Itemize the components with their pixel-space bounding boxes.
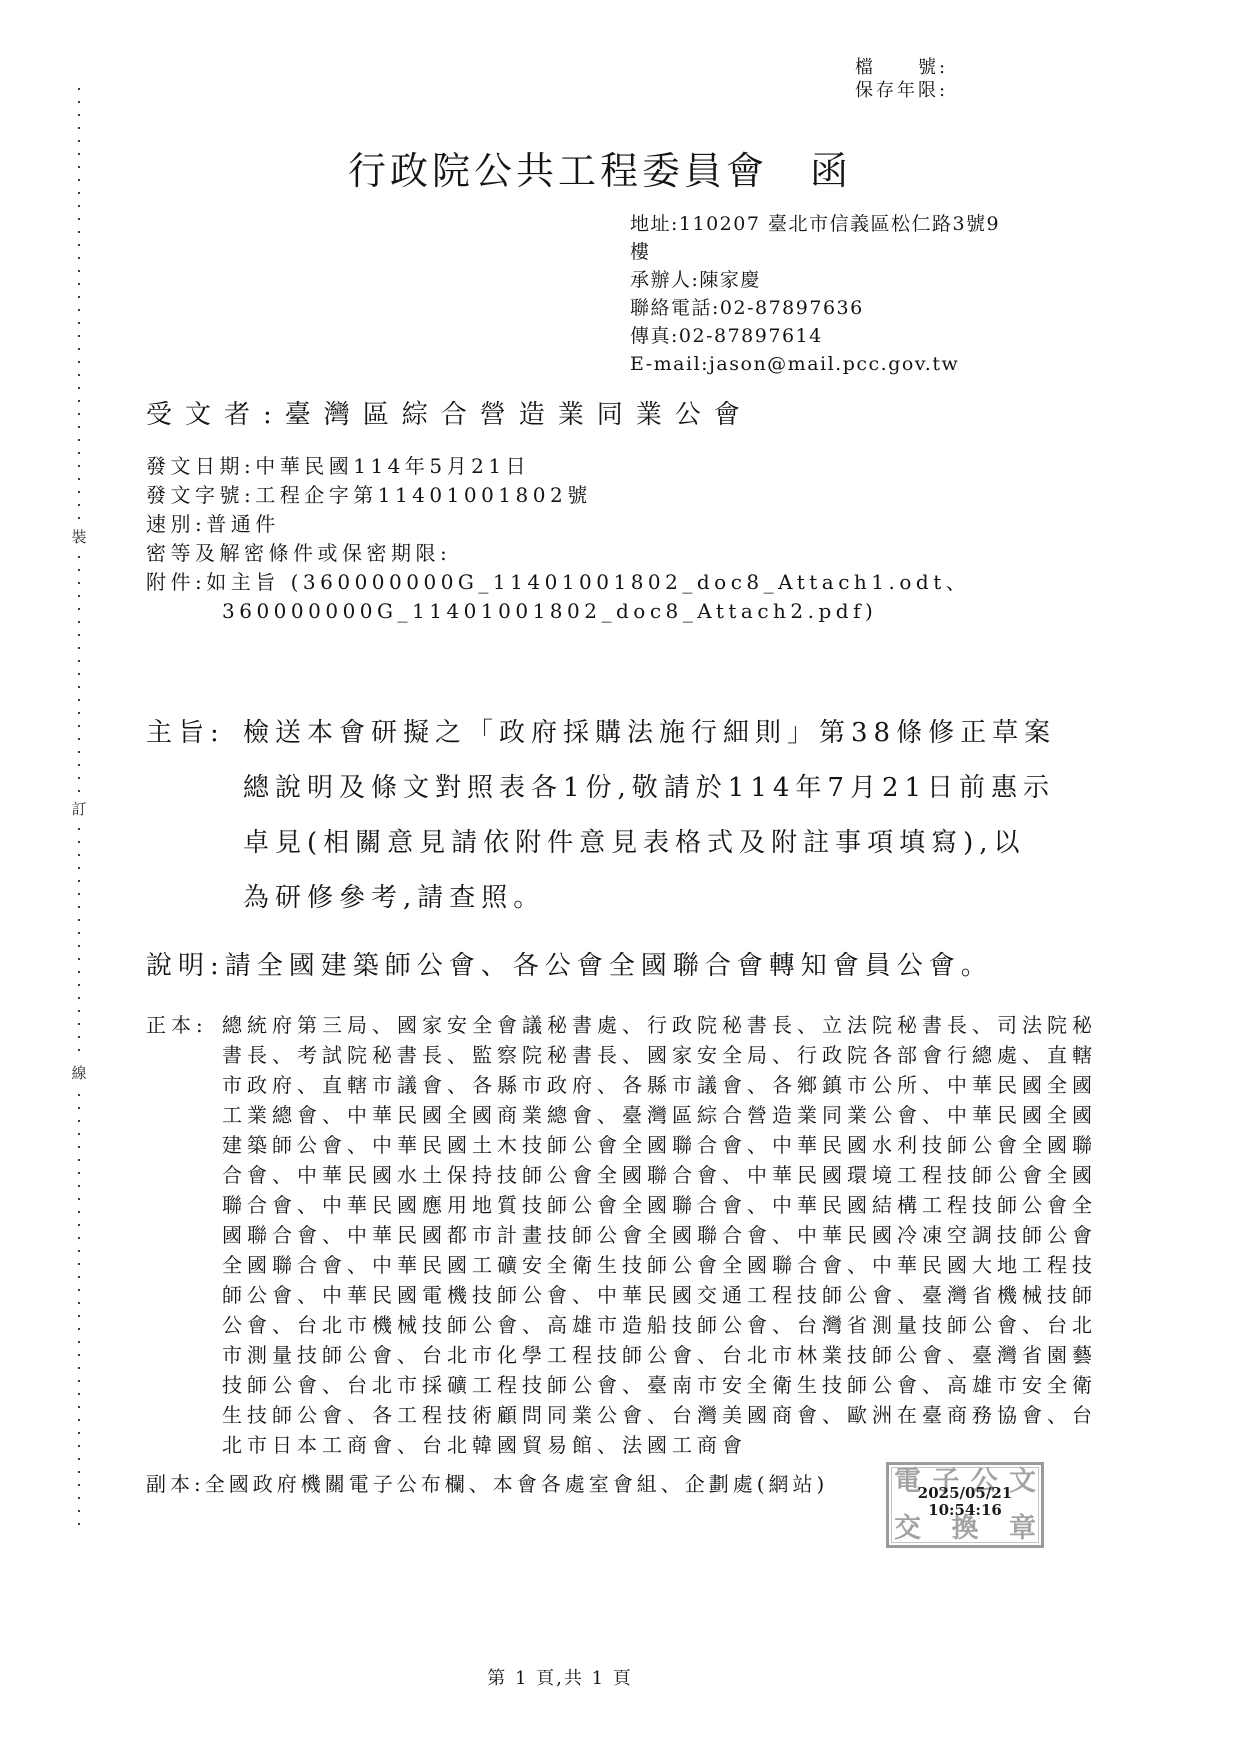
original-to-line: 公會、台北市機械技師公會、高雄市造船技師公會、台灣省測量技師公會、台北 <box>222 1310 1112 1340</box>
sender-info: 地址:110207 臺北市信義區松仁路3號9 樓 承辦人:陳家慶 聯絡電話:02… <box>630 210 1000 378</box>
explanation-text: 請全國建築師公會、各公會全國聯合會轉知會員公會。 <box>225 951 993 981</box>
official-letter-page: 裝 訂 線 檔 號: 保存年限: 行政院公共工程委員會 函 地址:110207 … <box>0 0 1241 1754</box>
sender-address-line1: 地址:110207 臺北市信義區松仁路3號9 <box>630 210 1000 238</box>
original-to-line: 市測量技師公會、台北市化學工程技師公會、台北市林業技師公會、臺灣省園藝 <box>222 1340 1112 1370</box>
original-to-line: 工業總會、中華民國全國商業總會、臺灣區綜合營造業同業公會、中華民國全國 <box>222 1100 1112 1130</box>
subject-line3: 卓見(相關意見請依附件意見表格式及附註事項填寫),以 <box>243 822 1056 877</box>
explanation-section: 說明:請全國建築師公會、各公會全國聯合會轉知會員公會。 <box>146 945 993 982</box>
issue-number-line: 發文字號:工程企字第11401001802號 <box>146 481 970 510</box>
sender-fax: 傳真:02-87897614 <box>630 322 1000 350</box>
original-to-line: 市政府、直轄市議會、各縣市政府、各縣市議會、各鄉鎮市公所、中華民國全國 <box>222 1070 1112 1100</box>
binding-mark-zhuang: 裝 <box>66 526 92 547</box>
stamp-date: 2025/05/21 <box>889 1485 1041 1502</box>
original-to-line: 北市日本工商會、台北韓國貿易館、法國工商會 <box>222 1430 1112 1460</box>
stamp-time: 10:54:16 <box>889 1502 1041 1519</box>
binding-mark-ding: 訂 <box>66 798 92 819</box>
original-to-line: 生技師公會、各工程技術顧問同業公會、台灣美國商會、歐洲在臺商務協會、台 <box>222 1400 1112 1430</box>
sender-address-line2: 樓 <box>630 238 1000 266</box>
original-to-section: 正本: 總統府第三局、國家安全會議秘書處、行政院秘書長、立法院秘書長、司法院秘 … <box>146 1010 1112 1460</box>
original-to-line: 合會、中華民國水土保持技師公會全國聯合會、中華民國環境工程技師公會全國 <box>222 1160 1112 1190</box>
document-title: 行政院公共工程委員會 函 <box>0 140 1200 195</box>
original-to-line: 總統府第三局、國家安全會議秘書處、行政院秘書長、立法院秘書長、司法院秘 <box>222 1010 1112 1040</box>
stamp-char: 交 <box>894 1515 921 1542</box>
sender-phone: 聯絡電話:02-87897636 <box>630 294 1000 322</box>
security-class-line: 密等及解密條件或保密期限: <box>146 539 970 568</box>
stamp-char: 章 <box>1009 1515 1036 1542</box>
original-to-line: 全國聯合會、中華民國工礦安全衛生技師公會全國聯合會、中華民國大地工程技 <box>222 1250 1112 1280</box>
electronic-exchange-stamp: 電 子 公 文 交 換 章 2025/05/21 10:54:16 <box>886 1462 1044 1548</box>
archive-labels: 檔 號: 保存年限: <box>855 56 948 102</box>
original-to-line: 建築師公會、中華民國土木技師公會全國聯合會、中華民國水利技師公會全國聯 <box>222 1130 1112 1160</box>
document-metadata: 發文日期:中華民國114年5月21日 發文字號:工程企字第11401001802… <box>146 452 970 626</box>
subject-content: 檢送本會研擬之「政府採購法施行細則」第38條修正草案 總說明及條文對照表各1份,… <box>243 712 1056 932</box>
attachment-line1: 附件:如主旨 (360000000G_11401001802_doc8_Atta… <box>146 568 970 597</box>
original-to-line: 聯合會、中華民國應用地質技師公會全國聯合會、中華民國結構工程技師公會全 <box>222 1190 1112 1220</box>
original-to-content: 總統府第三局、國家安全會議秘書處、行政院秘書長、立法院秘書長、司法院秘 書長、考… <box>222 1010 1112 1460</box>
retention-period-label: 保存年限: <box>855 79 948 102</box>
subject-section: 主旨: 檢送本會研擬之「政府採購法施行細則」第38條修正草案 總說明及條文對照表… <box>146 712 1056 932</box>
original-to-line: 書長、考試院秘書長、監察院秘書長、國家安全局、行政院各部會行總處、直轄 <box>222 1040 1112 1070</box>
original-to-line: 師公會、中華民國電機技師公會、中華民國交通工程技師公會、臺灣省機械技師 <box>222 1280 1112 1310</box>
subject-label: 主旨: <box>146 712 225 749</box>
binding-dotted-line <box>78 556 80 794</box>
explanation-label: 說明: <box>146 951 225 981</box>
stamp-datetime: 2025/05/21 10:54:16 <box>889 1485 1041 1519</box>
copy-to-label: 副本: <box>146 1472 205 1496</box>
subject-line2: 總說明及條文對照表各1份,敬請於114年7月21日前惠示 <box>243 767 1056 822</box>
copy-to-section: 副本:全國政府機關電子公布欄、本會各處室會組、企劃處(網站) <box>146 1468 828 1497</box>
recipient-line: 受文者:臺灣區綜合營造業同業公會 <box>146 394 753 431</box>
issue-date-line: 發文日期:中華民國114年5月21日 <box>146 452 970 481</box>
page-number-footer: 第 1 頁,共 1 頁 <box>0 1664 1120 1690</box>
original-to-line: 國聯合會、中華民國都市計畫技師公會全國聯合會、中華民國冷凍空調技師公會 <box>222 1220 1112 1250</box>
original-to-line: 技師公會、台北市採礦工程技師公會、臺南市安全衛生技師公會、高雄市安全衛 <box>222 1370 1112 1400</box>
copy-to-text: 全國政府機關電子公布欄、本會各處室會組、企劃處(網站) <box>205 1472 829 1496</box>
binding-dotted-line <box>78 1094 80 1526</box>
stamp-row-bottom: 交 換 章 <box>894 1515 1036 1542</box>
file-number-label: 檔 號: <box>855 56 948 79</box>
binding-mark-xian: 線 <box>66 1062 92 1083</box>
original-to-label: 正本: <box>146 1010 208 1040</box>
sender-email: E-mail:jason@mail.pcc.gov.tw <box>630 350 1000 378</box>
subject-line1: 檢送本會研擬之「政府採購法施行細則」第38條修正草案 <box>243 712 1056 767</box>
subject-line4: 為研修參考,請查照。 <box>243 877 1056 932</box>
stamp-char: 換 <box>952 1515 979 1542</box>
attachment-line2: 360000000G_11401001802_doc8_Attach2.pdf) <box>146 597 970 626</box>
sender-contact-person: 承辦人:陳家慶 <box>630 266 1000 294</box>
binding-dotted-line <box>78 828 80 1060</box>
speed-class-line: 速別:普通件 <box>146 510 970 539</box>
